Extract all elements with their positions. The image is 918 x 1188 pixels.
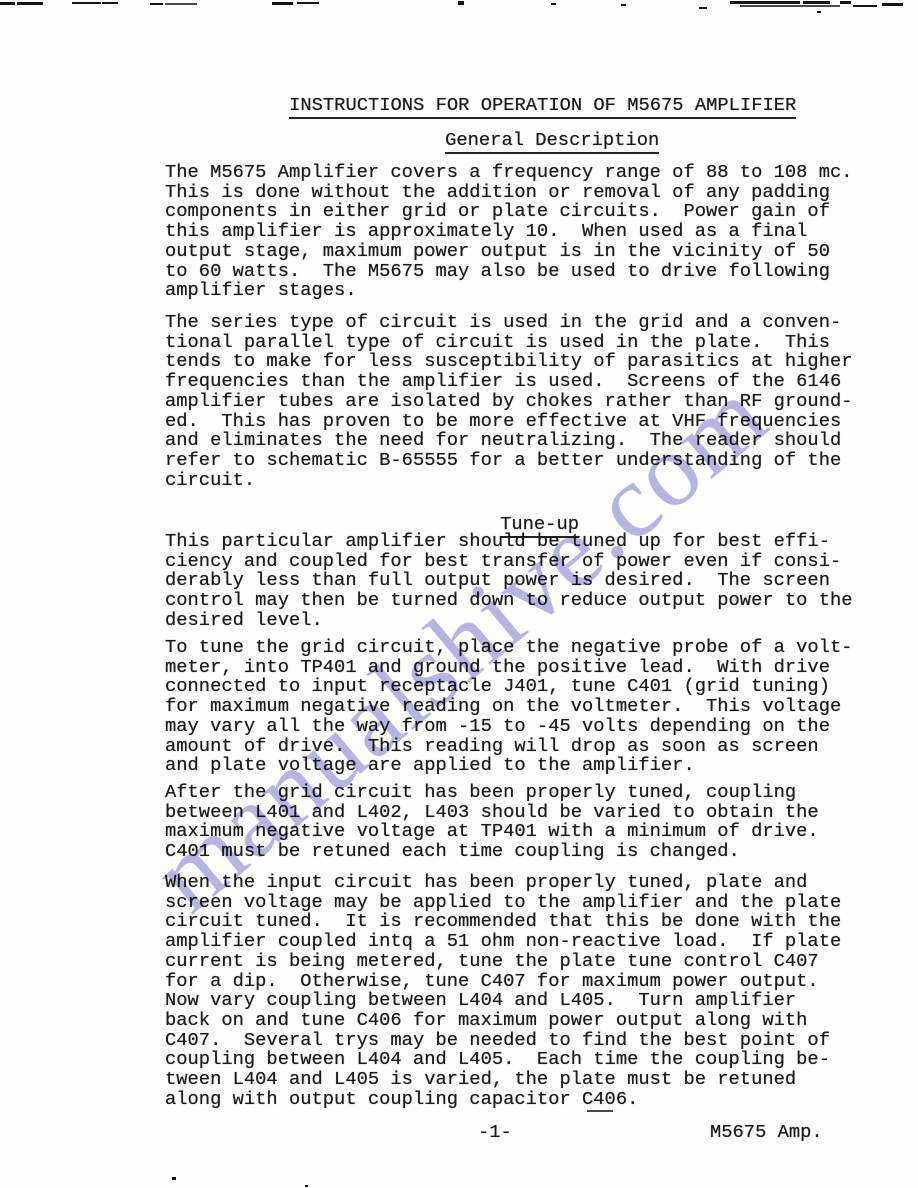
scan-artifact bbox=[165, 3, 197, 5]
scan-artifact bbox=[587, 1110, 613, 1112]
paragraph-plate-tuning: When the input circuit has been properly… bbox=[165, 873, 841, 1109]
scan-artifact bbox=[699, 7, 707, 9]
page-number: -1- bbox=[478, 1123, 512, 1143]
scan-artifact bbox=[458, 1, 464, 5]
scan-artifact bbox=[621, 4, 626, 6]
scanned-manual-page: INSTRUCTIONS FOR OPERATION OF M5675 AMPL… bbox=[0, 0, 918, 1188]
paragraph-circuit-type: The series type of circuit is used in th… bbox=[165, 313, 853, 490]
section-heading-general-description-text: General Description bbox=[445, 129, 659, 154]
scan-artifact bbox=[297, 2, 319, 4]
paragraph-tuneup-intro: This particular amplifier should be tune… bbox=[165, 532, 853, 631]
scan-artifact bbox=[172, 1177, 176, 1180]
scan-artifact bbox=[150, 3, 163, 5]
paragraph-coupling-adjustment: After the grid circuit has been properly… bbox=[165, 783, 819, 862]
scan-artifact bbox=[803, 1, 830, 4]
scan-artifact bbox=[882, 3, 903, 6]
scan-artifact bbox=[0, 2, 15, 5]
scan-artifact bbox=[740, 5, 840, 7]
scan-artifact bbox=[853, 5, 877, 7]
scan-artifact bbox=[17, 2, 43, 5]
paragraph-frequency-range: The M5675 Amplifier covers a frequency r… bbox=[165, 163, 853, 301]
scan-artifact bbox=[272, 2, 293, 5]
scan-artifact bbox=[817, 11, 821, 13]
scan-artifact bbox=[102, 2, 118, 4]
scan-artifact bbox=[72, 2, 101, 4]
scan-artifact bbox=[730, 1, 800, 4]
scan-artifact bbox=[840, 1, 851, 4]
paragraph-grid-tuning: To tune the grid circuit, place the nega… bbox=[165, 638, 853, 776]
scan-artifact bbox=[551, 3, 556, 5]
document-reference: M5675 Amp. bbox=[710, 1123, 823, 1143]
scan-artifact bbox=[305, 1185, 308, 1187]
